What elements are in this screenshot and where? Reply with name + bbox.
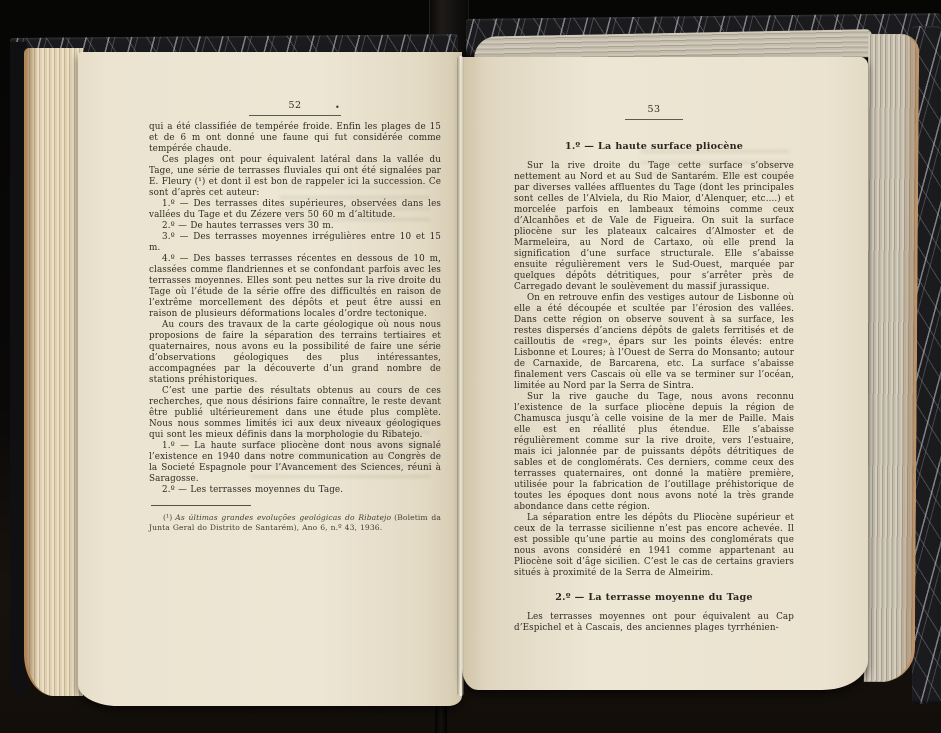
paragraph: qui a été classifiée de tempérée froide.… xyxy=(149,122,441,155)
paragraph: C’est une partie des résultats obtenus a… xyxy=(149,386,441,441)
list-item: 2.º — De hautes terrasses vers 30 m. xyxy=(149,221,441,232)
page-number-rule xyxy=(625,119,683,120)
right-page-text-block: 53 1.º — La haute surface pliocène Sur l… xyxy=(514,104,794,634)
footnote-marker: (¹) xyxy=(163,513,172,522)
paragraph: Au cours des travaux de la carte géologi… xyxy=(149,320,441,386)
left-page-header: 52 • xyxy=(149,100,441,122)
footnote-title: As últimas grandes evoluções geológicas … xyxy=(175,513,391,522)
right-page-number: 53 xyxy=(647,104,660,115)
book-gutter xyxy=(457,56,464,696)
page-edges-left xyxy=(24,48,83,696)
paragraph: Sur la rive droite du Tage cette surface… xyxy=(514,161,794,293)
list-item: 1.º — Des terrasses dites supérieures, o… xyxy=(149,199,441,221)
paragraph: Ces plages ont pour équivalent latéral d… xyxy=(149,155,441,199)
paragraph: Sur la rive gauche du Tage, nous avons r… xyxy=(514,392,794,513)
paragraph: Les terrasses moyennes ont pour équivale… xyxy=(514,612,794,634)
section-heading: 1.º — La haute surface pliocène xyxy=(514,141,794,152)
paragraph: La séparation entre les dépôts du Pliocè… xyxy=(514,513,794,579)
page-number-rule xyxy=(249,115,341,116)
page-edges-right xyxy=(864,34,920,682)
footnote: (¹)As últimas grandes evoluções geológic… xyxy=(149,513,441,532)
right-page-header: 53 xyxy=(514,104,794,126)
book-photo-scene: { "leftPage": { "page_number": "52", "co… xyxy=(0,0,941,733)
footnote-rule xyxy=(151,505,251,506)
left-page-number: 52 xyxy=(288,100,301,111)
header-dot-mark: • xyxy=(335,102,340,113)
paragraph: 2.º — Les terrasses moyennes du Tage. xyxy=(149,485,441,496)
list-item: 4.º — Des basses terrasses récentes en d… xyxy=(149,254,441,320)
section-heading: 2.º — La terrasse moyenne du Tage xyxy=(514,592,794,603)
paragraph: On en retrouve enfin des vestiges autour… xyxy=(514,293,794,392)
left-page-text-block: 52 • qui a été classifiée de tempérée fr… xyxy=(149,100,441,532)
list-item: 3.º — Des terrasses moyennes irrégulière… xyxy=(149,232,441,254)
paragraph: 1.º — La haute surface pliocène dont nou… xyxy=(149,441,441,485)
